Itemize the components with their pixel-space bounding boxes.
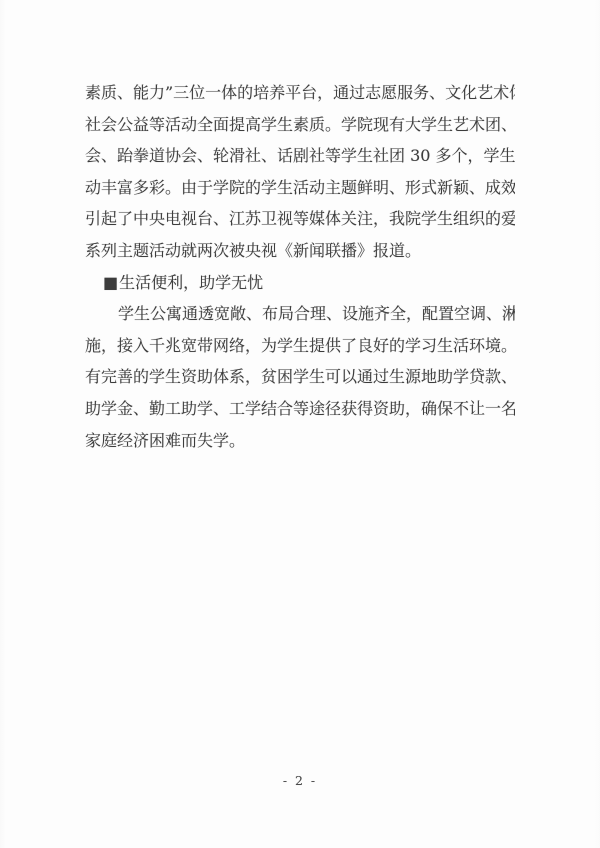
text-line: 有完善的学生资助体系，贫困学生可以通过生源地助学贷款、国家奖 — [85, 361, 515, 393]
body-text: 素质、能力”三位一体的培养平台，通过志愿服务、文化艺术体育、 社会公益等活动全面… — [85, 77, 515, 456]
square-bullet-icon: ■ — [103, 267, 118, 299]
text-line: 家庭经济困难而失学。 — [85, 425, 515, 457]
section-heading-label: 生活便利，助学无忧 — [119, 273, 263, 292]
text-line: 社会公益等活动全面提高学生素质。学院现有大学生艺术团、书法协 — [85, 109, 515, 141]
text-line: 会、跆拳道协会、轮滑社、话剧社等学生社团 30 多个，学生课余活 — [85, 140, 515, 172]
section-heading: ■生活便利，助学无忧 — [85, 267, 515, 299]
text-line: 助学金、勤工助学、工学结合等途径获得资助，确保不让一名学生因 — [85, 393, 515, 425]
text-line: 素质、能力”三位一体的培养平台，通过志愿服务、文化艺术体育、 — [85, 77, 515, 109]
text-line: 系列主题活动就两次被央视《新闻联播》报道。 — [85, 235, 515, 267]
text-line: 学生公寓通透宽敞、布局合理、设施齐全，配置空调、淋浴等设 — [85, 298, 515, 330]
text-line: 施，接入千兆宽带网络，为学生提供了良好的学习生活环境。学院建 — [85, 330, 515, 362]
document-page: 素质、能力”三位一体的培养平台，通过志愿服务、文化艺术体育、 社会公益等活动全面… — [0, 0, 600, 848]
text-line: 引起了中央电视台、江苏卫视等媒体关注，我院学生组织的爱国主义 — [85, 203, 515, 235]
text-line: 动丰富多彩。由于学院的学生活动主题鲜明、形式新颖、成效显著， — [85, 172, 515, 204]
page-number: - 2 - — [0, 773, 600, 788]
